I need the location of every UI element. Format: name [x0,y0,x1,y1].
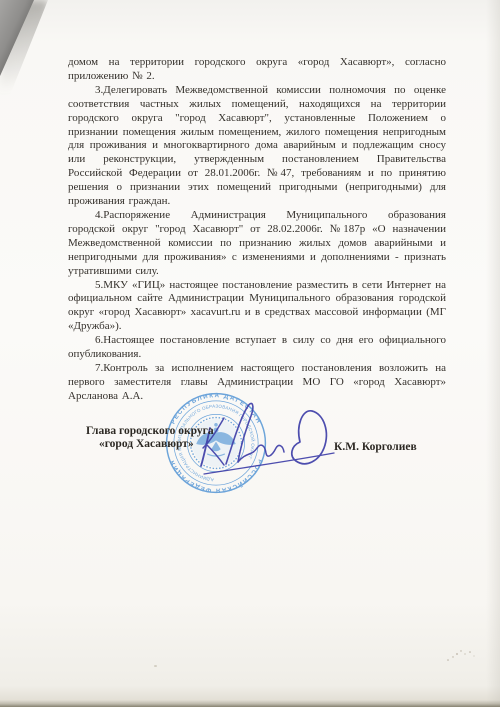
pencil-specks [444,646,478,668]
paragraph-item-3: 3.Делегировать Межведомственной комиссии… [68,84,446,209]
signatory-title-line1: Глава городского округа [86,425,214,437]
paragraph-item-5: 5.МКУ «ГИЦ» настоящее постановление разм… [68,279,446,335]
signatory-name: К.М. Корголиев [334,441,417,453]
paragraph-item-4: 4.Распоряжение Администрация Муниципальн… [68,209,446,279]
dust-speck [154,665,157,667]
signatory-title-line2: «город Хасавюрт» [99,438,194,450]
paragraph-item-6: 6.Настоящее постановление вступает в сил… [68,334,446,362]
handwritten-signature [196,398,336,483]
scan-right-edge-shade [486,0,500,707]
scanned-page: домом на территории городского округа «г… [0,0,500,707]
document-body: домом на территории городского округа «г… [68,56,446,404]
scan-bottom-edge [0,700,500,707]
paragraph-continuation: домом на территории городского округа «г… [68,56,446,84]
